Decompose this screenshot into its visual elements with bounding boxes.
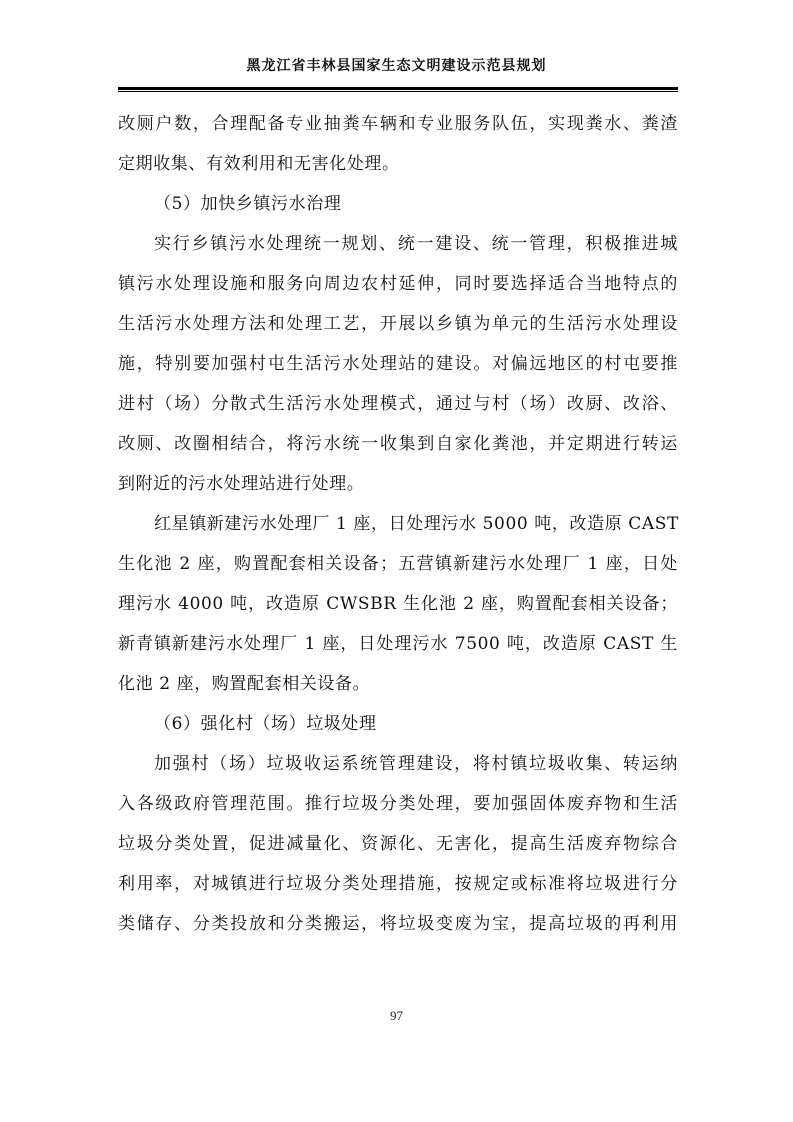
text-line: 镇污水处理设施和服务向周边农村延伸，同时要选择适合当地特点的	[118, 264, 678, 304]
text-line: 化池 2 座，购置配套相关设备。	[118, 664, 678, 704]
paragraph-start: 实行乡镇污水处理统一规划、统一建设、统一管理，积极推进城	[118, 224, 678, 264]
text-line: 改厕户数，合理配备专业抽粪车辆和专业服务队伍，实现粪水、粪渣	[118, 104, 678, 144]
paragraph-start: 加强村（场）垃圾收运系统管理建设，将村镇垃圾收集、转运纳	[118, 744, 678, 784]
text-line: 利用率，对城镇进行垃圾分类处理措施，按规定或标准将垃圾进行分	[118, 864, 678, 904]
text-line: 垃圾分类处置，促进减量化、资源化、无害化，提高生活废弃物综合	[118, 824, 678, 864]
text-line: 改厕、改圈相结合，将污水统一收集到自家化粪池，并定期进行转运	[118, 424, 678, 464]
section-heading-5: （5）加快乡镇污水治理	[118, 184, 678, 224]
header-rule-thick	[118, 87, 678, 90]
section-heading-6: （6）强化村（场）垃圾处理	[118, 704, 678, 744]
text-line: 定期收集、有效利用和无害化处理。	[118, 144, 678, 184]
body-text: 改厕户数，合理配备专业抽粪车辆和专业服务队伍，实现粪水、粪渣 定期收集、有效利用…	[118, 104, 678, 944]
text-line: 新青镇新建污水处理厂 1 座，日处理污水 7500 吨，改造原 CAST 生	[118, 624, 678, 664]
text-line: 入各级政府管理范围。推行垃圾分类处理，要加强固体废弃物和生活	[118, 784, 678, 824]
text-line: 类储存、分类投放和分类搬运，将垃圾变废为宝，提高垃圾的再利用	[118, 904, 678, 944]
header-double-rule	[118, 87, 678, 93]
text-line: 生活污水处理方法和处理工艺，开展以乡镇为单元的生活污水处理设	[118, 304, 678, 344]
text-line: 理污水 4000 吨，改造原 CWSBR 生化池 2 座，购置配套相关设备；	[118, 584, 678, 624]
text-line: 进村（场）分散式生活污水处理模式，通过与村（场）改厨、改浴、	[118, 384, 678, 424]
header-rule-thin	[118, 91, 678, 92]
text-line: 生化池 2 座，购置配套相关设备；五营镇新建污水处理厂 1 座，日处	[118, 544, 678, 584]
document-title: 黑龙江省丰林县国家生态文明建设示范县规划	[0, 55, 793, 75]
text-line: 施，特别要加强村屯生活污水处理站的建设。对偏远地区的村屯要推	[118, 344, 678, 384]
paragraph-start: 红星镇新建污水处理厂 1 座，日处理污水 5000 吨，改造原 CAST	[118, 504, 678, 544]
page-number: 97	[0, 1008, 793, 1024]
text-line: 到附近的污水处理站进行处理。	[118, 464, 678, 504]
